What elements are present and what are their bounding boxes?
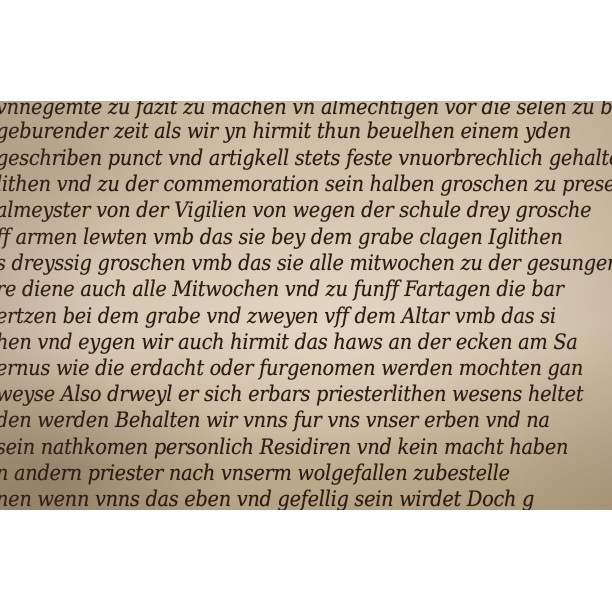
manuscript-line-15: n andern priester nach vnserm wolgefalle… bbox=[0, 461, 510, 485]
manuscript-line-2: geburender zeit als wir yn hirmit thun b… bbox=[0, 119, 571, 143]
manuscript-line-14: sein nathkomen personlich Residiren vnd … bbox=[0, 435, 568, 459]
manuscript-photo: vnnegemte zu fazit zu machen vn almechti… bbox=[0, 101, 612, 510]
manuscript-line-4: lithen vnd zu der commemoration sein hal… bbox=[0, 172, 612, 196]
manuscript-line-13: den werden Behalten wir vnns fur vns vns… bbox=[0, 408, 550, 432]
manuscript-line-3: geschriben punct vnd artigkell stets fes… bbox=[0, 146, 612, 170]
manuscript-line-9: ertzen bei dem grabe vnd zweyen vff dem … bbox=[0, 304, 556, 328]
manuscript-line-11: ernus wie die erdacht oder furgenomen we… bbox=[0, 356, 583, 380]
manuscript-line-16: nen wenn vnns das eben vnd gefellig sein… bbox=[0, 487, 534, 510]
manuscript-line-8: re diene auch alle Mitwochen vnd zu funf… bbox=[0, 277, 564, 301]
image-frame: vnnegemte zu fazit zu machen vn almechti… bbox=[0, 0, 612, 612]
manuscript-line-5: almeyster von der Vigilien von wegen der… bbox=[0, 198, 591, 222]
manuscript-line-12: weyse Also drweyl er sich erbars prieste… bbox=[0, 382, 583, 406]
manuscript-line-7: s dreyssig groschen vmb das sie alle mit… bbox=[0, 251, 612, 275]
manuscript-line-6: ff armen lewten vmb das sie bey dem grab… bbox=[0, 225, 563, 249]
manuscript-line-10: hen vnd eygen wir auch hirmit das haws a… bbox=[0, 330, 578, 354]
manuscript-line-1: vnnegemte zu fazit zu machen vn almechti… bbox=[0, 101, 612, 119]
